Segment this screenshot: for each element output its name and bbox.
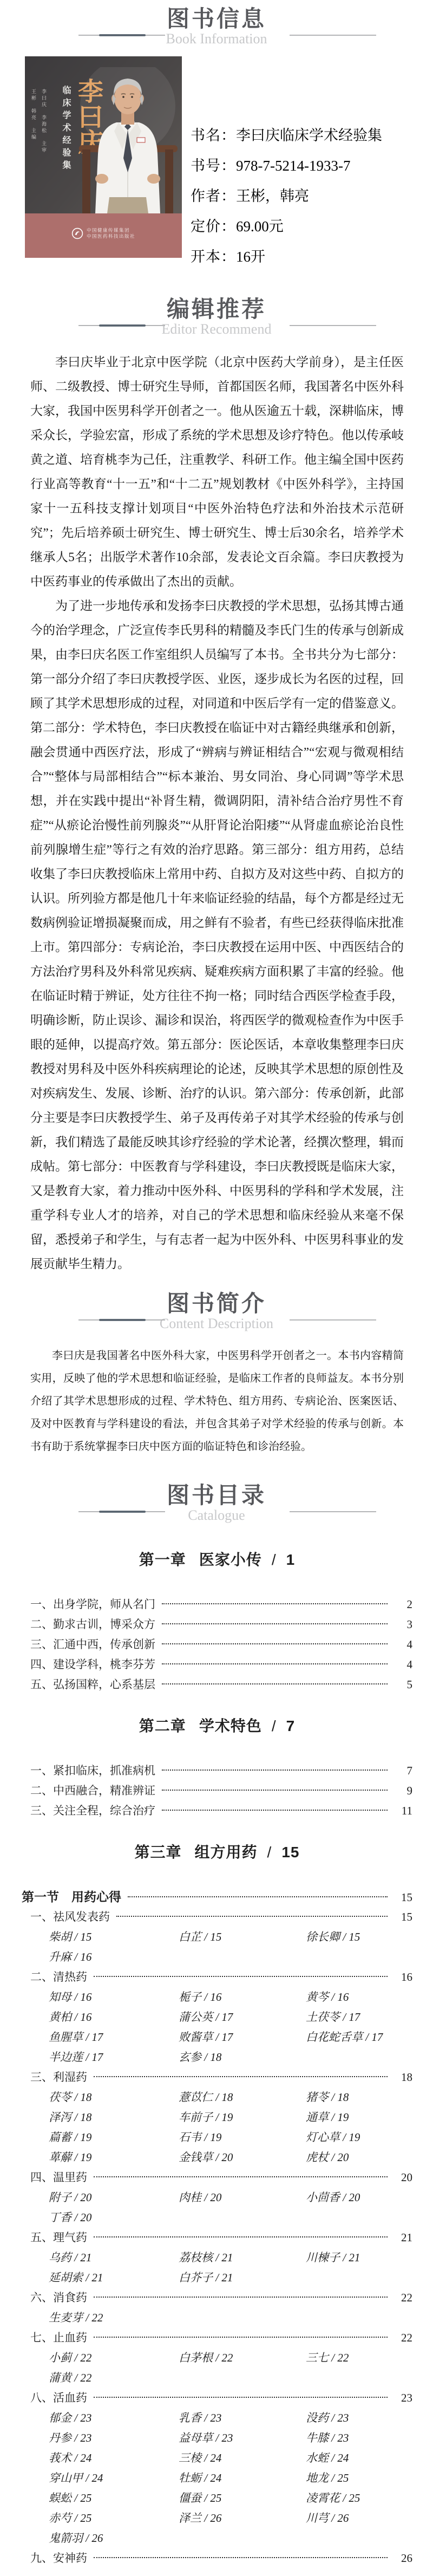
drug-entry: 虎杖 / 20: [306, 2148, 412, 2168]
dot-leader: [116, 1916, 388, 1917]
drug-entry: 知母 / 16: [49, 1987, 179, 2007]
toc-item-row: 二、中西融合，精准辨证9: [22, 1781, 412, 1801]
chapter-separator: /: [267, 1844, 272, 1861]
drug-entry: 肉桂 / 20: [179, 2188, 306, 2208]
toc-section-row: 第一节 用药心得15: [22, 1887, 412, 1907]
toc-label: 一、紧扣临床，抓准病机: [30, 1761, 155, 1781]
book-detail-format: 开本：16开: [191, 242, 382, 272]
toc-label: 六、消食药: [30, 2288, 87, 2308]
toc-label: 三、汇通中西，传承创新: [30, 1635, 155, 1655]
chapter-number: 第二章: [139, 1718, 186, 1734]
drug-entry: 蒲黄 / 22: [49, 2368, 179, 2388]
cover-credit-reviewers: 李曰庆 李海松 主审: [41, 89, 47, 175]
drug-entry: 莪术 / 24: [49, 2448, 179, 2468]
book-details: 书名：李曰庆临床学术经验集 书号：978-7-5214-1933-7 作者：王彬…: [191, 120, 382, 272]
book-cover-front: 王彬 韩亮 主编 李曰庆 李海松 主审 临床学术经验集 李曰庆: [25, 56, 182, 213]
toc-label: 二、勤求古训，博采众方: [30, 1615, 155, 1635]
drug-entry: 鱼腥草 / 17: [49, 2027, 179, 2047]
drug-grid: 乌药 / 21荔枝核 / 21川楝子 / 21延胡索 / 21白芥子 / 21: [49, 2248, 412, 2288]
recommend-paragraph: 为了进一步地传承和发扬李曰庆教授的学术思想，弘扬其博古通今的治学理念，广泛宣传李…: [30, 594, 404, 1276]
divider-line-right: [290, 35, 376, 36]
dot-leader: [162, 1790, 388, 1791]
toc-page-number: 2: [393, 1595, 412, 1615]
toc-page-number: 20: [393, 2168, 412, 2188]
recommend-body: 李曰庆毕业于北京中医学院（北京中医药大学前身），是主任医师、二级教授、博士研究生…: [30, 350, 404, 1276]
toc-item-row: 一、紧扣临床，抓准病机7: [22, 1761, 412, 1781]
drug-entry: 延胡索 / 21: [49, 2268, 179, 2288]
chapter-number: 第三章: [135, 1844, 182, 1861]
toc-label: 九、安神药: [30, 2548, 87, 2568]
toc-item-row: 六、消食药22: [22, 2288, 412, 2308]
book-product-page: 图书信息 Book Information 王彬 韩亮 主编 李曰庆 李海松 主…: [0, 0, 433, 2576]
drug-grid: 郁金 / 23乳香 / 23没药 / 23丹参 / 23益母草 / 23牛膝 /…: [49, 2408, 412, 2548]
drug-entry: 小茴香 / 20: [306, 2188, 412, 2208]
drug-entry: 没药 / 23: [306, 2408, 412, 2428]
toc-label: 五、弘扬国粹，心系基层: [30, 1675, 155, 1695]
toc-page-number: 26: [393, 2548, 412, 2568]
section-header-recommend: 编辑推荐 Editor Recommend: [0, 296, 433, 342]
divider-line-left: [78, 35, 165, 36]
drug-entry: 薏苡仁 / 18: [179, 2087, 306, 2107]
drug-entry: 丹参 / 23: [49, 2428, 179, 2448]
divider-smudge: [99, 34, 146, 36]
toc-item-row: 二、勤求古训，博采众方3: [22, 1615, 412, 1635]
drug-entry: 鬼箭羽 / 26: [49, 2528, 179, 2548]
toc-page-number: 15: [393, 1888, 412, 1908]
divider-line-left: [78, 1511, 165, 1512]
toc-page-number: 9: [393, 1781, 412, 1801]
drug-entry: 升麻 / 16: [49, 1947, 179, 1967]
drug-entry: 穿山甲 / 24: [49, 2468, 179, 2488]
drug-entry: 通草 / 19: [306, 2107, 412, 2128]
publisher-group-name: 中国健康传媒集团: [87, 227, 135, 233]
drug-entry: 益母草 / 23: [179, 2428, 306, 2448]
toc-item-row: 三、汇通中西，传承创新4: [22, 1635, 412, 1655]
chapter-separator: /: [272, 1551, 277, 1568]
drug-entry: 玄参 / 18: [179, 2047, 306, 2067]
toc-item-row: 一、出身学院，师从名门2: [22, 1595, 412, 1615]
toc-label: 一、祛风发表药: [30, 1907, 110, 1927]
toc-page-number: 7: [393, 1761, 412, 1781]
drug-entry: 郁金 / 23: [49, 2408, 179, 2428]
cover-subtitle-vertical: 临床学术经验集: [60, 86, 72, 173]
toc-page-number: 15: [393, 1907, 412, 1927]
toc-item-row: 一、祛风发表药15: [22, 1907, 412, 1927]
dot-leader: [162, 1663, 388, 1664]
drug-entry: 茯苓 / 18: [49, 2087, 179, 2107]
section-subtitle: Book Information: [0, 32, 433, 46]
toc-label: 一、出身学院，师从名门: [30, 1595, 155, 1615]
toc-label: 三、关注全程，综合治疗: [30, 1801, 155, 1821]
toc-label: 二、中西融合，精准辨证: [30, 1781, 155, 1801]
drug-entry: 半边莲 / 17: [49, 2047, 179, 2067]
drug-grid: 附子 / 20肉桂 / 20小茴香 / 20丁香 / 20: [49, 2188, 412, 2228]
drug-entry: 柴胡 / 15: [49, 1927, 179, 1947]
drug-grid: 生麦芽 / 22: [49, 2308, 412, 2328]
drug-grid: 小蓟 / 22白茅根 / 22三七 / 22蒲黄 / 22: [49, 2348, 412, 2388]
chapter-name: 医家小传: [199, 1551, 262, 1568]
section-subtitle: Content Description: [0, 1317, 433, 1331]
toc-item-row: 三、关注全程，综合治疗11: [22, 1801, 412, 1821]
dot-leader: [94, 2337, 388, 2338]
toc-label: 八、活血药: [30, 2388, 87, 2408]
chapter-heading: 第一章医家小传/1: [22, 1548, 412, 1570]
toc-item-row: 五、弘扬国粹，心系基层5: [22, 1675, 412, 1695]
drug-entry: 萹蓄 / 19: [49, 2128, 179, 2148]
drug-entry: 牡蛎 / 24: [179, 2468, 306, 2488]
drug-entry: 乌药 / 21: [49, 2248, 179, 2268]
toc-item-row: 七、止血药22: [22, 2328, 412, 2348]
drug-entry: 乳香 / 23: [179, 2408, 306, 2428]
drug-entry: 车前子 / 19: [179, 2107, 306, 2128]
dot-leader: [94, 2557, 388, 2558]
chapter-number: 第一章: [139, 1551, 186, 1568]
drug-entry: 徐长卿 / 15: [306, 1927, 412, 1947]
chapter-page: 7: [286, 1718, 296, 1734]
toc-label: 四、温里药: [30, 2168, 87, 2188]
dot-leader: [162, 1770, 388, 1771]
dot-leader: [162, 1643, 388, 1644]
drug-entry: 丁香 / 20: [49, 2208, 179, 2228]
toc-label: 二、清热药: [30, 1967, 87, 1987]
drug-entry: 黄芩 / 16: [306, 1987, 412, 2007]
drug-entry: 泽兰 / 26: [179, 2508, 306, 2528]
dot-leader: [94, 2176, 388, 2177]
toc-page-number: 16: [393, 1967, 412, 1987]
drug-entry: 僵蚕 / 25: [179, 2488, 306, 2508]
drug-grid: 知母 / 16栀子 / 16黄芩 / 16黄柏 / 16蒲公英 / 17土茯苓 …: [49, 1987, 412, 2067]
drug-entry: 败酱草 / 17: [179, 2027, 306, 2047]
cover-credit-editors: 王彬 韩亮 主编: [30, 89, 37, 175]
book-detail-price: 定价：69.00元: [191, 211, 382, 242]
publisher-press-name: 中国医药科技出版社: [87, 233, 135, 239]
toc-item-row: 四、温里药20: [22, 2168, 412, 2188]
book-info-block: 王彬 韩亮 主编 李曰庆 李海松 主审 临床学术经验集 李曰庆: [0, 56, 433, 258]
book-cover: 王彬 韩亮 主编 李曰庆 李海松 主审 临床学术经验集 李曰庆: [25, 56, 182, 258]
drug-entry: 石韦 / 19: [179, 2128, 306, 2148]
dot-leader: [94, 2236, 388, 2237]
drug-entry: 白芷 / 15: [179, 1927, 306, 1947]
dot-leader: [162, 1603, 388, 1604]
chapter-heading: 第三章组方用药/15: [22, 1840, 412, 1862]
toc-label: 第一节 用药心得: [22, 1887, 121, 1907]
section-subtitle: Catalogue: [0, 1508, 433, 1523]
toc-label: 七、止血药: [30, 2328, 87, 2348]
book-detail-isbn: 书号：978-7-5214-1933-7: [191, 151, 382, 181]
toc-label: 三、利湿药: [30, 2067, 87, 2087]
toc-page-number: 22: [393, 2288, 412, 2308]
section-title: 图书信息: [0, 5, 433, 30]
drug-entry: 川楝子 / 21: [306, 2248, 412, 2268]
section-title: 编辑推荐: [0, 296, 433, 321]
toc-item-row: 八、活血药23: [22, 2388, 412, 2408]
toc-item-row: 四、建设学科，桃李芬芳4: [22, 1655, 412, 1675]
drug-entry: 黄柏 / 16: [49, 2007, 179, 2027]
drug-entry: 白花蛇舌草 / 17: [306, 2027, 412, 2047]
drug-entry: 地龙 / 25: [306, 2468, 412, 2488]
chapter-name: 学术特色: [199, 1718, 262, 1734]
drug-entry: 栀子 / 16: [179, 1987, 306, 2007]
drug-entry: 猪苓 / 18: [306, 2087, 412, 2107]
drug-entry: 萆薢 / 19: [49, 2148, 179, 2168]
drug-grid: 茯苓 / 18薏苡仁 / 18猪苓 / 18泽泻 / 18车前子 / 19通草 …: [49, 2087, 412, 2168]
divider-smudge: [99, 1319, 146, 1321]
drug-entry: 泽泻 / 18: [49, 2107, 179, 2128]
chapter-name: 组方用药: [195, 1844, 258, 1861]
drug-entry: 赤芍 / 25: [49, 2508, 179, 2528]
publisher-block: 中国健康传媒集团 中国医药科技出版社: [71, 227, 135, 239]
drug-entry: 生麦芽 / 22: [49, 2308, 179, 2328]
drug-entry: 荔枝核 / 21: [179, 2248, 306, 2268]
toc-page-number: 11: [393, 1801, 412, 1821]
drug-entry: 牛膝 / 23: [306, 2428, 412, 2448]
publisher-logo-icon: [71, 227, 83, 239]
chapter-heading: 第二章学术特色/7: [22, 1714, 412, 1736]
section-title: 图书目录: [0, 1482, 433, 1507]
divider-smudge: [99, 1511, 146, 1513]
section-header-book-info: 图书信息 Book Information: [0, 5, 433, 52]
dot-leader: [162, 1623, 388, 1624]
drug-entry: 蒲公英 / 17: [179, 2007, 306, 2027]
chapter-page: 1: [286, 1551, 296, 1568]
section-subtitle: Editor Recommend: [0, 322, 433, 336]
toc-page-number: 4: [393, 1635, 412, 1655]
dot-leader: [94, 2297, 388, 2298]
drug-entry: 蜈蚣 / 25: [49, 2488, 179, 2508]
toc-page-number: 5: [393, 1675, 412, 1695]
section-title: 图书简介: [0, 1290, 433, 1315]
doctor-portrait-photo: [74, 67, 182, 213]
drug-entry: 三七 / 22: [306, 2348, 412, 2368]
drug-entry: 白茅根 / 22: [179, 2348, 306, 2368]
divider-line-left: [78, 1319, 165, 1320]
book-detail-title: 书名：李曰庆临床学术经验集: [191, 120, 382, 151]
toc-label: 五、理气药: [30, 2228, 87, 2248]
catalogue-list: 第一章医家小传/1一、出身学院，师从名门2二、勤求古训，博采众方3三、汇通中西，…: [22, 1548, 412, 2568]
cover-rose-band: 中国健康传媒集团 中国医药科技出版社: [25, 213, 182, 258]
divider-line-right: [290, 325, 376, 326]
section-header-catalogue: 图书目录 Catalogue: [0, 1482, 433, 1528]
toc-item-row: 五、理气药21: [22, 2228, 412, 2248]
drug-entry: 灯心草 / 19: [306, 2128, 412, 2148]
toc-item-row: 九、安神药26: [22, 2548, 412, 2568]
divider-line-right: [290, 1511, 376, 1512]
drug-entry: 白芥子 / 21: [179, 2268, 306, 2288]
toc-page-number: 22: [393, 2328, 412, 2348]
chapter-separator: /: [272, 1718, 277, 1734]
divider-line-left: [78, 325, 165, 326]
drug-entry: 土茯苓 / 17: [306, 2007, 412, 2027]
divider-smudge: [99, 324, 146, 327]
toc-item-row: 二、清热药16: [22, 1967, 412, 1987]
cover-credits: 王彬 韩亮 主编 李曰庆 李海松 主审: [30, 89, 47, 175]
toc-page-number: 21: [393, 2228, 412, 2248]
toc-item-row: 三、利湿药18: [22, 2067, 412, 2087]
chapter-page: 15: [281, 1844, 299, 1861]
drug-entry: 凌霄花 / 25: [306, 2488, 412, 2508]
toc-page-number: 18: [393, 2067, 412, 2087]
drug-entry: 附子 / 20: [49, 2188, 179, 2208]
toc-page-number: 4: [393, 1655, 412, 1675]
recommend-paragraph: 李曰庆毕业于北京中医学院（北京中医药大学前身），是主任医师、二级教授、博士研究生…: [30, 350, 404, 594]
dot-leader: [128, 1896, 388, 1897]
book-detail-author: 作者：王彬，韩亮: [191, 181, 382, 211]
drug-entry: 金钱草 / 20: [179, 2148, 306, 2168]
toc-label: 四、建设学科，桃李芬芳: [30, 1655, 155, 1675]
toc-page-number: 23: [393, 2388, 412, 2408]
divider-line-right: [290, 1319, 376, 1320]
drug-entry: 水蛭 / 24: [306, 2448, 412, 2468]
dot-leader: [94, 2076, 388, 2077]
dot-leader: [94, 2397, 388, 2398]
dot-leader: [94, 1976, 388, 1977]
dot-leader: [162, 1683, 388, 1684]
drug-entry: 小蓟 / 22: [49, 2348, 179, 2368]
intro-paragraph: 李曰庆是我国著名中医外科大家，中医男科学开创者之一。本书内容精简实用，反映了他的…: [30, 1344, 404, 1458]
drug-grid: 柴胡 / 15白芷 / 15徐长卿 / 15升麻 / 16: [49, 1927, 412, 1967]
toc-page-number: 3: [393, 1615, 412, 1635]
drug-entry: 三棱 / 24: [179, 2448, 306, 2468]
drug-entry: 川芎 / 26: [306, 2508, 412, 2528]
dot-leader: [162, 1810, 388, 1811]
section-header-intro: 图书简介 Content Description: [0, 1290, 433, 1337]
intro-body: 李曰庆是我国著名中医外科大家，中医男科学开创者之一。本书内容精简实用，反映了他的…: [30, 1344, 404, 1458]
